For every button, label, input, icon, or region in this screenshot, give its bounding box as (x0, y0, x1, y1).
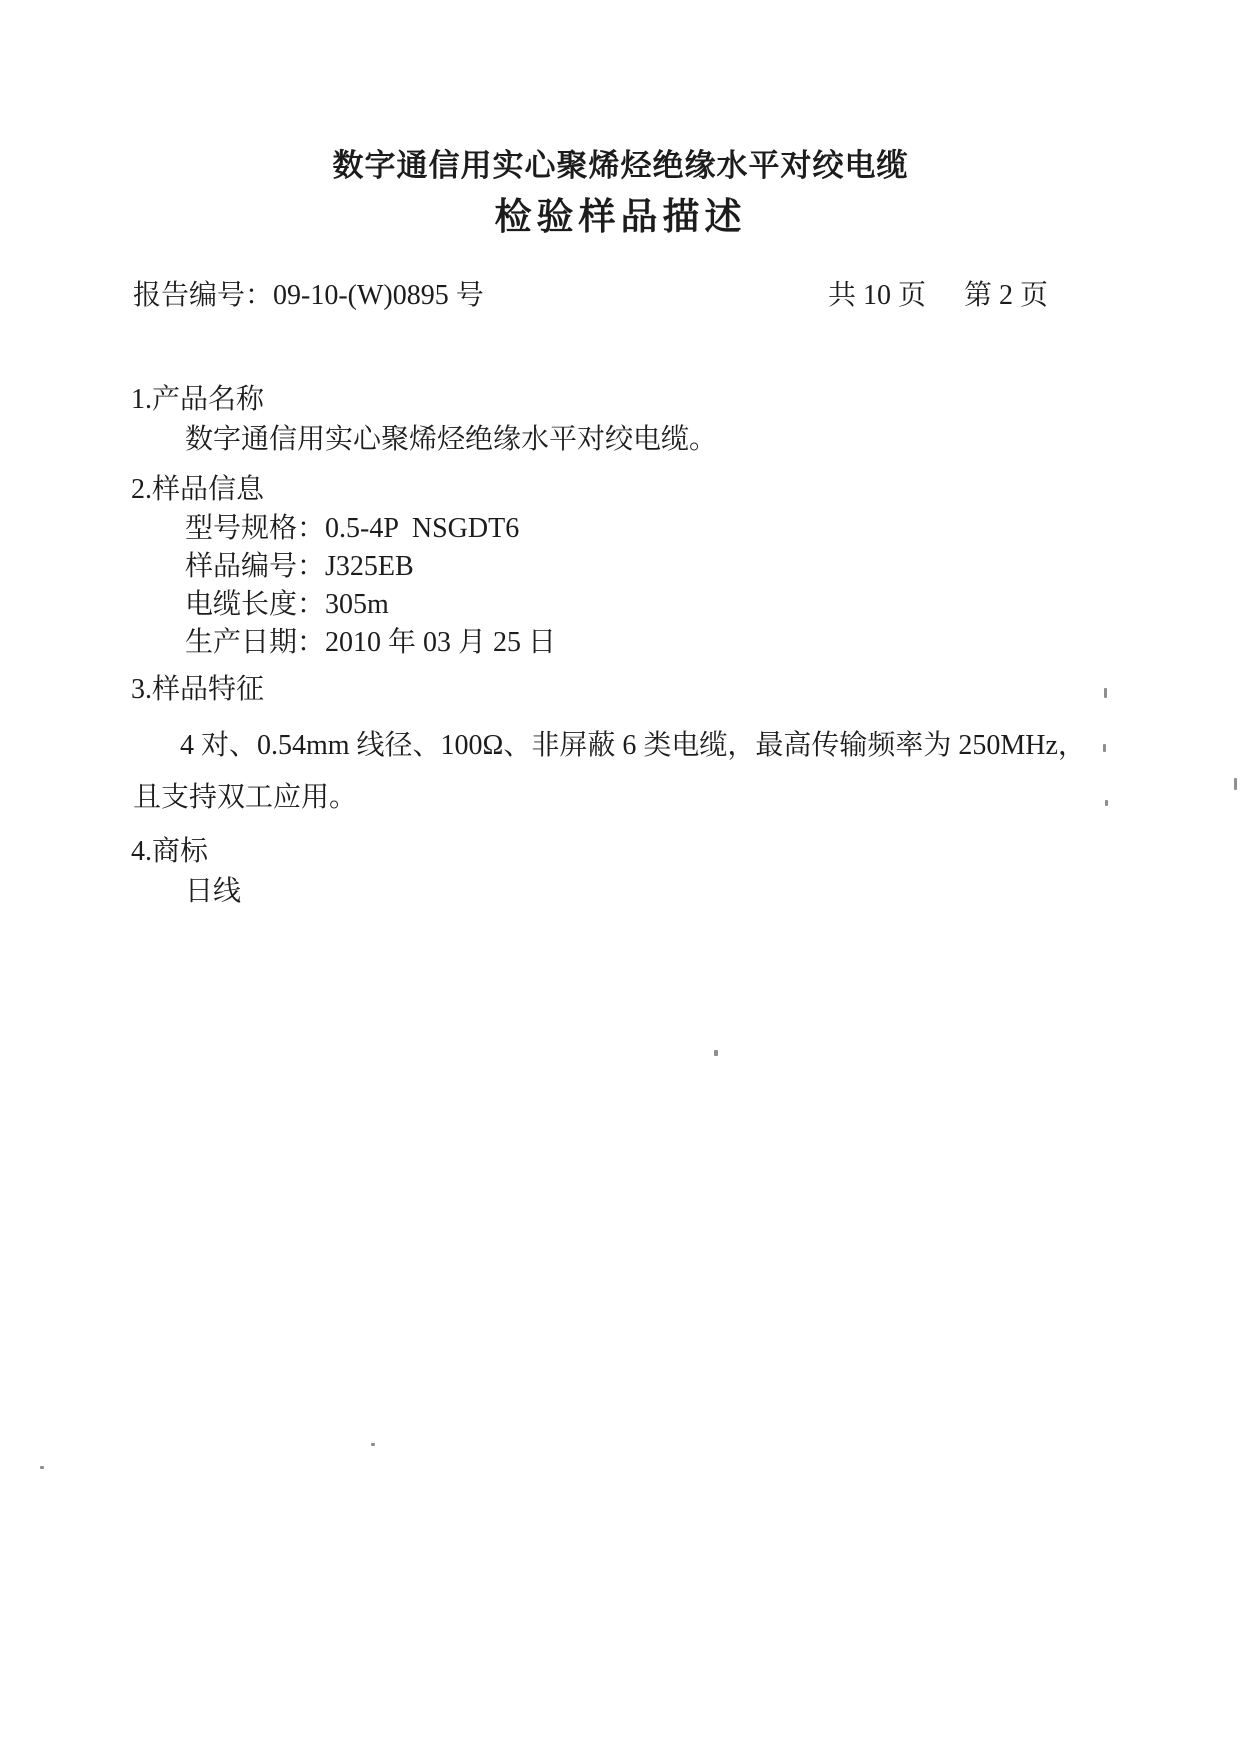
scan-artifact (371, 1443, 375, 1446)
scan-artifact (40, 1466, 44, 1469)
section3-heading: 3.样品特征 (131, 670, 1241, 710)
scan-artifact (1105, 800, 1108, 806)
section-sample-features: 3.样品特征 4 对、0.54mm 线径、100Ω、非屏蔽 6 类电缆，最高传输… (0, 670, 1241, 818)
page-current: 第 2 页 (964, 276, 1048, 316)
section1-body: 数字通信用实心聚烯烃绝缘水平对绞电缆。 (185, 420, 1241, 460)
section2-heading: 2.样品信息 (131, 470, 1241, 510)
scan-artifact (1103, 744, 1106, 752)
sample-number-line: 样品编号：J325EB (185, 548, 1241, 586)
report-number: 报告编号：09-10-(W)0895 号 (133, 276, 484, 316)
document-title-line1: 数字通信用实心聚烯烃绝缘水平对绞电缆 (0, 0, 1241, 186)
scan-artifact (1234, 778, 1237, 790)
section-product-name: 1.产品名称 数字通信用实心聚烯烃绝缘水平对绞电缆。 (0, 380, 1241, 460)
trademark-value: 日线 (185, 872, 1241, 912)
model-spec-line: 型号规格：0.5-4P NSGDT6 (185, 510, 1241, 548)
feature-paragraph-line2: 且支持双工应用。 (133, 778, 1241, 818)
section-trademark: 4.商标 日线 (0, 832, 1241, 912)
cable-length-line: 电缆长度：305m (185, 586, 1241, 624)
section1-heading: 1.产品名称 (131, 380, 1241, 420)
production-date-line: 生产日期：2010 年 03 月 25 日 (185, 624, 1241, 662)
section4-heading: 4.商标 (131, 832, 1241, 872)
document-page: 数字通信用实心聚烯烃绝缘水平对绞电缆 检验样品描述 报告编号：09-10-(W)… (0, 0, 1241, 1755)
feature-paragraph-line1: 4 对、0.54mm 线径、100Ω、非屏蔽 6 类电缆，最高传输频率为 250… (133, 726, 1241, 766)
pagination: 共 10 页 第 2 页 (828, 276, 1048, 316)
report-header-row: 报告编号：09-10-(W)0895 号 共 10 页 第 2 页 (0, 276, 1241, 316)
scan-artifact (1104, 688, 1107, 698)
document-title-line2: 检验样品描述 (0, 194, 1241, 242)
pages-total: 共 10 页 (828, 276, 926, 316)
section-sample-info: 2.样品信息 型号规格：0.5-4P NSGDT6 样品编号：J325EB 电缆… (0, 470, 1241, 662)
scan-artifact (714, 1050, 718, 1056)
